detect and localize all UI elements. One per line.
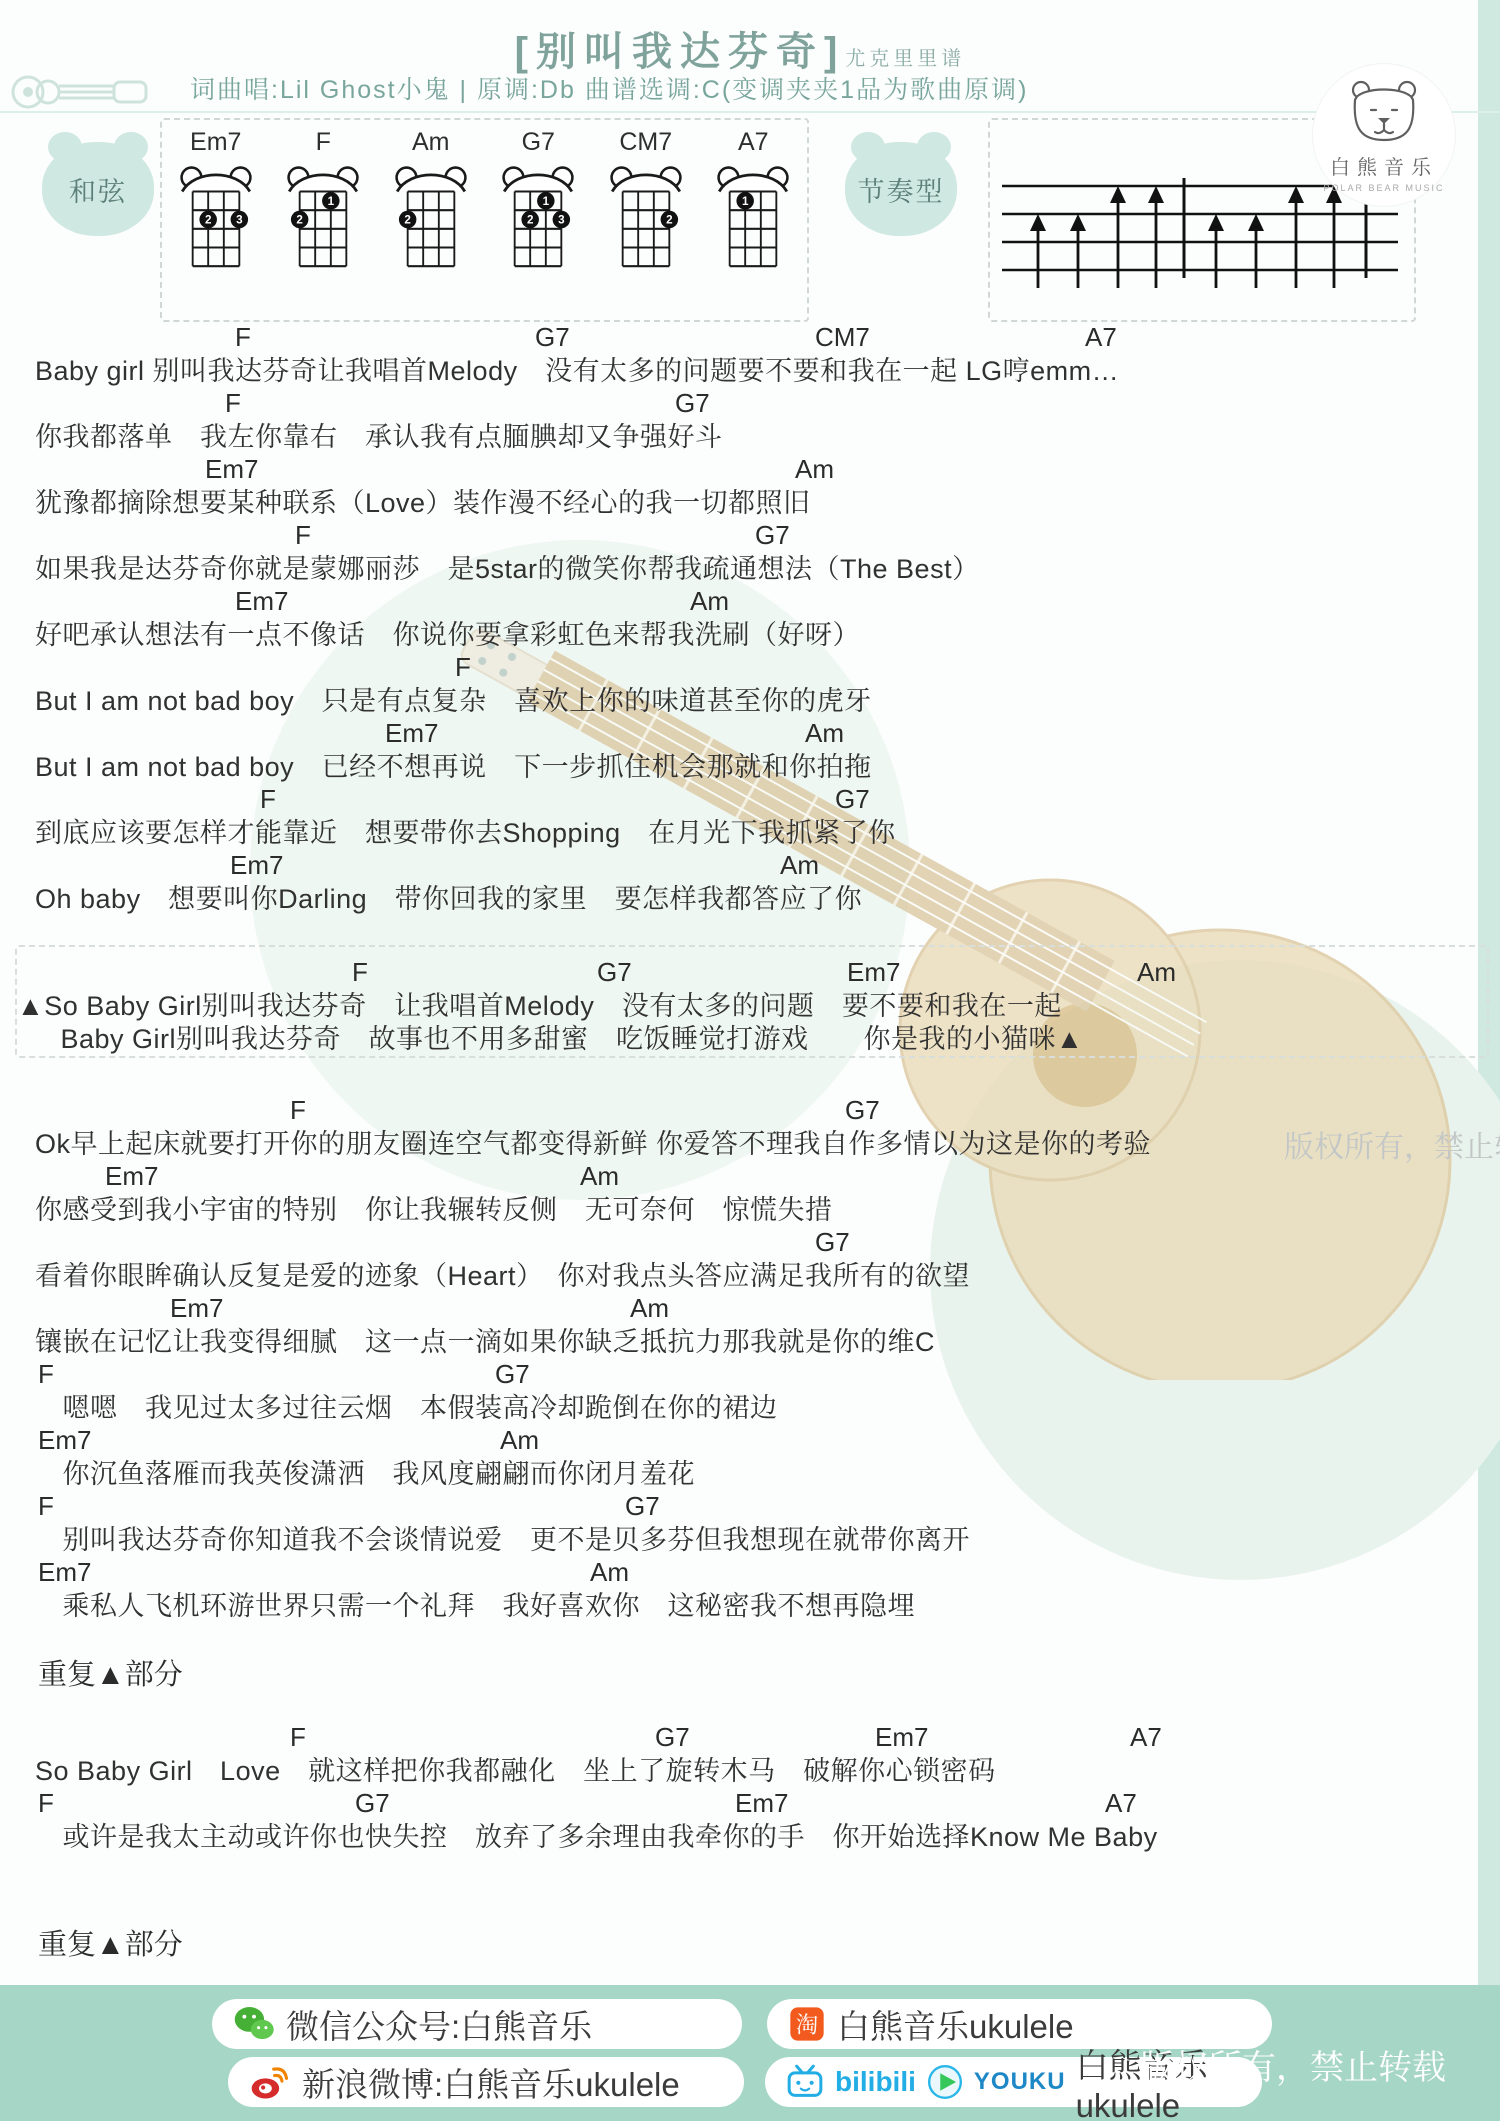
repeat-note-1: 重复▲部分 xyxy=(38,1652,183,1693)
chord-name: Am xyxy=(381,128,481,157)
lyric-text: 到底应该要怎样才能靠近 想要带你去Shopping 在月光下我抓紧了你 xyxy=(35,817,1119,850)
chords-section-label: 和弦 xyxy=(42,142,154,236)
lyric-line: FG7如果我是达芬奇你就是蒙娜丽莎 是5star的微笑你帮我疏通想法（The B… xyxy=(35,520,1119,586)
youku-icon xyxy=(926,2063,964,2101)
chord-label-G7: G7 xyxy=(625,1491,660,1522)
rhythm-section-label: 节奏型 xyxy=(845,142,957,236)
chord-row: Em7Am xyxy=(35,454,1119,487)
chord-name: G7 xyxy=(488,128,588,157)
badge-text: 新浪微博:白熊音乐ukulele xyxy=(302,2059,680,2106)
chord-label-Am: Am xyxy=(590,1557,629,1588)
chord-row: Em7Am xyxy=(35,1557,1151,1590)
chord-row: G7 xyxy=(35,1227,1151,1260)
lyric-text: Oh baby 想要叫你Darling 带你回我的家里 要怎样我都答应了你 xyxy=(35,883,1119,916)
lyric-line: FBut I am not bad boy 只是有点复杂 喜欢上你的味道甚至你的… xyxy=(35,652,1119,718)
chord-row: FG7 xyxy=(35,1491,1151,1524)
chord-label-F: F xyxy=(38,1491,54,1522)
youku-wordmark: YOUKU xyxy=(974,2068,1066,2096)
chord-name: F xyxy=(273,128,373,157)
chord-label-F: F xyxy=(290,1095,306,1126)
chord-label-F: F xyxy=(290,1722,306,1753)
chord-label-G7: G7 xyxy=(835,784,870,815)
chord-label-Am: Am xyxy=(1137,957,1176,988)
lyric-line: Em7AmBut I am not bad boy 已经不想再说 下一步抓住机会… xyxy=(35,718,1119,784)
lyrics-section-chorus-box: FG7Em7Am▲So Baby Girl别叫我达芬奇 让我唱首Melody 没… xyxy=(15,945,1489,1058)
chord-row: FG7Em7Am xyxy=(17,957,1487,990)
lyric-line: Em7Am镶嵌在记忆让我变得细腻 这一点一滴如果你缺乏抵抗力那我就是你的维C xyxy=(35,1293,1151,1359)
chord-label-CM7: CM7 xyxy=(815,322,870,353)
chord-label-G7: G7 xyxy=(655,1722,690,1753)
lyric-text: Baby girl 别叫我达芬奇让我唱首Melody 没有太多的问题要不要和我在… xyxy=(35,355,1119,388)
bilibili-icon xyxy=(785,2062,825,2102)
lyric-text: 乘私人飞机环游世界只需一个礼拜 我好喜欢你 这秘密我不想再隐埋 xyxy=(35,1590,1151,1623)
rhythm-label-text: 节奏型 xyxy=(858,170,945,209)
page-title: [别叫我达芬奇]尤克里里谱 xyxy=(0,20,1480,77)
chord-label-A7: A7 xyxy=(1105,1788,1137,1819)
chord-diagram-F: F12 xyxy=(273,128,373,280)
svg-text:1: 1 xyxy=(543,195,550,208)
chord-row: Em7Am xyxy=(35,1425,1151,1458)
lyric-line: FG7你我都落单 我左你靠右 承认我有点腼腆却又争强好斗 xyxy=(35,388,1119,454)
taobao-icon: 淘 xyxy=(787,2004,827,2044)
chord-label-Em7: Em7 xyxy=(875,1722,928,1753)
lyric-line: Em7AmOh baby 想要叫你Darling 带你回我的家里 要怎样我都答应… xyxy=(35,850,1119,916)
chord-row: Em7Am xyxy=(35,850,1119,883)
svg-text:1: 1 xyxy=(742,195,749,208)
chord-diagram-G7: G7123 xyxy=(488,128,588,280)
chord-label-Em7: Em7 xyxy=(205,454,258,485)
svg-text:2: 2 xyxy=(527,214,534,227)
lyric-text: But I am not bad boy 只是有点复杂 喜欢上你的味道甚至你的虎… xyxy=(35,685,1119,718)
chord-grid-G7: 123 xyxy=(496,157,580,275)
lyric-line: FG7Em7A7 或许是我太主动或许你也快失控 放弃了多余理由我牵你的手 你开始… xyxy=(35,1788,1158,1854)
lyric-text: 你感受到我小宇宙的特别 你让我辗转反侧 无可奈何 惊慌失措 xyxy=(35,1194,1151,1227)
wechat-icon xyxy=(232,2002,276,2046)
chord-row: Em7Am xyxy=(35,586,1119,619)
chord-diagram-Em7: Em723 xyxy=(166,128,266,280)
polar-bear-face-icon xyxy=(1345,78,1423,144)
logo-name-en: POLAR BEAR MUSIC xyxy=(1313,183,1455,193)
lyric-text: 或许是我太主动或许你也快失控 放弃了多余理由我牵你的手 你开始选择Know Me… xyxy=(35,1821,1158,1854)
chord-label-Em7: Em7 xyxy=(385,718,438,749)
chord-grid-Am: 2 xyxy=(389,157,473,275)
chord-label-G7: G7 xyxy=(495,1359,530,1390)
chord-row: Em7Am xyxy=(35,718,1119,751)
lyric-text: 看着你眼眸确认反复是爱的迹象（Heart） 你对我点头答应满足我所有的欲望 xyxy=(35,1260,1151,1293)
header-divider-line xyxy=(0,111,1500,113)
watermark-middle: 版权所有，禁止转载 xyxy=(1284,1122,1500,1166)
chord-row: FG7 xyxy=(35,388,1119,421)
lyric-line: Em7Am犹豫都摘除想要某种联系（Love）装作漫不经心的我一切都照旧 xyxy=(35,454,1119,520)
chord-grid-CM7: 2 xyxy=(604,157,688,275)
lyric-text: 如果我是达芬奇你就是蒙娜丽莎 是5star的微笑你帮我疏通想法（The Best… xyxy=(35,553,1119,586)
chord-diagram-Am: Am2 xyxy=(381,128,481,280)
lyric-line: FG7 别叫我达芬奇你知道我不会谈情说爱 更不是贝多芬但我想现在就带你离开 xyxy=(35,1491,1151,1557)
chord-diagram-CM7: CM72 xyxy=(596,128,696,280)
chord-row: FG7CM7A7 xyxy=(35,322,1119,355)
chord-label-F: F xyxy=(225,388,241,419)
svg-text:2: 2 xyxy=(297,214,304,227)
lyric-text: 你沉鱼落雁而我英俊潇洒 我风度翩翩而你闭月羞花 xyxy=(35,1458,1151,1491)
chord-diagram-A7: A71 xyxy=(703,128,803,280)
chord-label-A7: A7 xyxy=(1085,322,1117,353)
svg-text:2: 2 xyxy=(666,214,673,227)
chord-row: FG7Em7A7 xyxy=(35,1788,1158,1821)
chord-label-G7: G7 xyxy=(675,388,710,419)
chord-row: Em7Am xyxy=(35,1161,1151,1194)
lyrics-section-verse2: FG7Ok早上起床就要打开你的朋友圈连空气都变得新鲜 你爱答不理我自作多情以为这… xyxy=(35,1095,1151,1623)
svg-text:3: 3 xyxy=(236,214,243,227)
chord-label-A7: A7 xyxy=(1130,1722,1162,1753)
song-credits: 词曲唱:Lil Ghost小鬼 | 原调:Db 曲谱选调:C(变调夹夹1品为歌曲… xyxy=(190,70,1028,106)
lyric-line: G7看着你眼眸确认反复是爱的迹象（Heart） 你对我点头答应满足我所有的欲望 xyxy=(35,1227,1151,1293)
chord-row: FG7Em7A7 xyxy=(35,1722,1158,1755)
chord-label-Em7: Em7 xyxy=(735,1788,788,1819)
watermark-bottom: 版权所有，禁止转载 xyxy=(1140,2040,1446,2089)
chord-label-F: F xyxy=(235,322,251,353)
footer-badge-wechat[interactable]: 微信公众号:白熊音乐 xyxy=(212,1999,742,2049)
lyric-line: Em7Am好吧承认想法有一点不像话 你说你要拿彩虹色来帮我洗刷（好呀） xyxy=(35,586,1119,652)
svg-text:淘: 淘 xyxy=(796,2012,819,2037)
title-suffix: 尤克里里谱 xyxy=(845,48,965,70)
chord-label-F: F xyxy=(352,957,368,988)
lyric-line: FG7Em7A7So Baby Girl Love 就这样把你我都融化 坐上了旋… xyxy=(35,1722,1158,1788)
chord-label-G7: G7 xyxy=(815,1227,850,1258)
lyric-text: 别叫我达芬奇你知道我不会谈情说爱 更不是贝多芬但我想现在就带你离开 xyxy=(35,1524,1151,1557)
lyric-line: FG7CM7A7Baby girl 别叫我达芬奇让我唱首Melody 没有太多的… xyxy=(35,322,1119,388)
chord-grid-Em7: 23 xyxy=(174,157,258,275)
lyric-line: FG7Ok早上起床就要打开你的朋友圈连空气都变得新鲜 你爱答不理我自作多情以为这… xyxy=(35,1095,1151,1161)
chord-label-Em7: Em7 xyxy=(170,1293,223,1324)
lyric-line: Em7Am 乘私人飞机环游世界只需一个礼拜 我好喜欢你 这秘密我不想再隐埋 xyxy=(35,1557,1151,1623)
lyric-text: 你我都落单 我左你靠右 承认我有点腼腆却又争强好斗 xyxy=(35,421,1119,454)
song-title: [别叫我达芬奇] xyxy=(515,30,846,74)
chord-label-G7: G7 xyxy=(597,957,632,988)
chord-row: FG7 xyxy=(35,1095,1151,1128)
lyric-line: FG7到底应该要怎样才能靠近 想要带你去Shopping 在月光下我抓紧了你 xyxy=(35,784,1119,850)
lyrics-section-bridge: FG7Em7A7So Baby Girl Love 就这样把你我都融化 坐上了旋… xyxy=(35,1722,1158,1854)
chord-name: A7 xyxy=(703,128,803,157)
chord-row: Em7Am xyxy=(35,1293,1151,1326)
lyric-text: 好吧承认想法有一点不像话 你说你要拿彩虹色来帮我洗刷（好呀） xyxy=(35,619,1119,652)
lyric-line: Baby Girl别叫我达芬奇 故事也不用多甜蜜 吃饭睡觉打游戏 你是我的小猫咪… xyxy=(17,1023,1487,1056)
badge-text: 白熊音乐ukulele xyxy=(837,2001,1074,2048)
lyric-text: So Baby Girl Love 就这样把你我都融化 坐上了旋转木马 破解你心… xyxy=(35,1755,1158,1788)
chord-diagrams: Em723F12Am2G7123CM72A71 xyxy=(162,120,807,280)
chord-label-Em7: Em7 xyxy=(235,586,288,617)
chord-label-F: F xyxy=(455,652,471,683)
lyric-line: Em7Am你感受到我小宇宙的特别 你让我辗转反侧 无可奈何 惊慌失措 xyxy=(35,1161,1151,1227)
repeat-note-2: 重复▲部分 xyxy=(38,1922,183,1963)
chord-label-Am: Am xyxy=(500,1425,539,1456)
chord-label-Em7: Em7 xyxy=(38,1425,91,1456)
chord-label-F: F xyxy=(295,520,311,551)
svg-text:1: 1 xyxy=(328,195,335,208)
chord-grid-A7: 1 xyxy=(711,157,795,275)
lyric-line: FG7 嗯嗯 我见过太多过往云烟 本假装高冷却跪倒在你的裙边 xyxy=(35,1359,1151,1425)
chord-row: F xyxy=(35,652,1119,685)
chord-row: FG7 xyxy=(35,1359,1151,1392)
lyric-text: Baby Girl别叫我达芬奇 故事也不用多甜蜜 吃饭睡觉打游戏 你是我的小猫咪… xyxy=(17,1023,1487,1056)
badge-text: 微信公众号:白熊音乐 xyxy=(286,2001,592,2048)
chord-label-F: F xyxy=(38,1359,54,1390)
chord-diagrams-box: Em723F12Am2G7123CM72A71 xyxy=(160,118,809,322)
chord-row: FG7 xyxy=(35,520,1119,553)
lyric-text: ▲So Baby Girl别叫我达芬奇 让我唱首Melody 没有太多的问题 要… xyxy=(17,990,1487,1023)
lyric-line: FG7Em7Am▲So Baby Girl别叫我达芬奇 让我唱首Melody 没… xyxy=(17,957,1487,1023)
chord-label-Am: Am xyxy=(780,850,819,881)
weibo-icon xyxy=(248,2060,292,2104)
bilibili-wordmark: bilibili xyxy=(835,2066,916,2098)
logo-name-cn: 白熊音乐 xyxy=(1313,151,1455,180)
chord-label-G7: G7 xyxy=(535,322,570,353)
svg-text:3: 3 xyxy=(558,214,565,227)
lyric-text: 嗯嗯 我见过太多过往云烟 本假装高冷却跪倒在你的裙边 xyxy=(35,1392,1151,1425)
chord-label-F: F xyxy=(260,784,276,815)
chords-label-text: 和弦 xyxy=(69,170,127,209)
chord-label-Am: Am xyxy=(690,586,729,617)
chord-label-Am: Am xyxy=(580,1161,619,1192)
chord-label-G7: G7 xyxy=(845,1095,880,1126)
footer-badge-weibo[interactable]: 新浪微博:白熊音乐ukulele xyxy=(228,2057,744,2107)
chord-label-Am: Am xyxy=(795,454,834,485)
chord-row: FG7 xyxy=(35,784,1119,817)
chord-label-Em7: Em7 xyxy=(105,1161,158,1192)
polar-bear-music-logo: 白熊音乐 POLAR BEAR MUSIC xyxy=(1313,64,1455,206)
lyric-text: But I am not bad boy 已经不想再说 下一步抓住机会那就和你拍… xyxy=(35,751,1119,784)
chord-label-Em7: Em7 xyxy=(230,850,283,881)
lyric-text: 镶嵌在记忆让我变得细腻 这一点一滴如果你缺乏抵抗力那我就是你的维C xyxy=(35,1326,1151,1359)
chord-name: Em7 xyxy=(166,128,266,157)
chord-label-Em7: Em7 xyxy=(847,957,900,988)
chord-sheet-page: [别叫我达芬奇]尤克里里谱 词曲唱:Lil Ghost小鬼 | 原调:Db 曲谱… xyxy=(0,0,1500,2121)
svg-text:2: 2 xyxy=(205,214,212,227)
chord-label-Am: Am xyxy=(805,718,844,749)
lyric-line: Em7Am 你沉鱼落雁而我英俊潇洒 我风度翩翩而你闭月羞花 xyxy=(35,1425,1151,1491)
lyric-text: 犹豫都摘除想要某种联系（Love）装作漫不经心的我一切都照旧 xyxy=(35,487,1119,520)
lyric-text: Ok早上起床就要打开你的朋友圈连空气都变得新鲜 你爱答不理我自作多情以为这是你的… xyxy=(35,1128,1151,1161)
chord-label-Am: Am xyxy=(630,1293,669,1324)
chord-label-F: F xyxy=(38,1788,54,1819)
chord-label-G7: G7 xyxy=(755,520,790,551)
chord-label-G7: G7 xyxy=(355,1788,390,1819)
chord-label-Em7: Em7 xyxy=(38,1557,91,1588)
svg-text:2: 2 xyxy=(404,214,411,227)
lyrics-section-verse1: FG7CM7A7Baby girl 别叫我达芬奇让我唱首Melody 没有太多的… xyxy=(35,322,1119,916)
chord-grid-F: 12 xyxy=(281,157,365,275)
chord-name: CM7 xyxy=(596,128,696,157)
